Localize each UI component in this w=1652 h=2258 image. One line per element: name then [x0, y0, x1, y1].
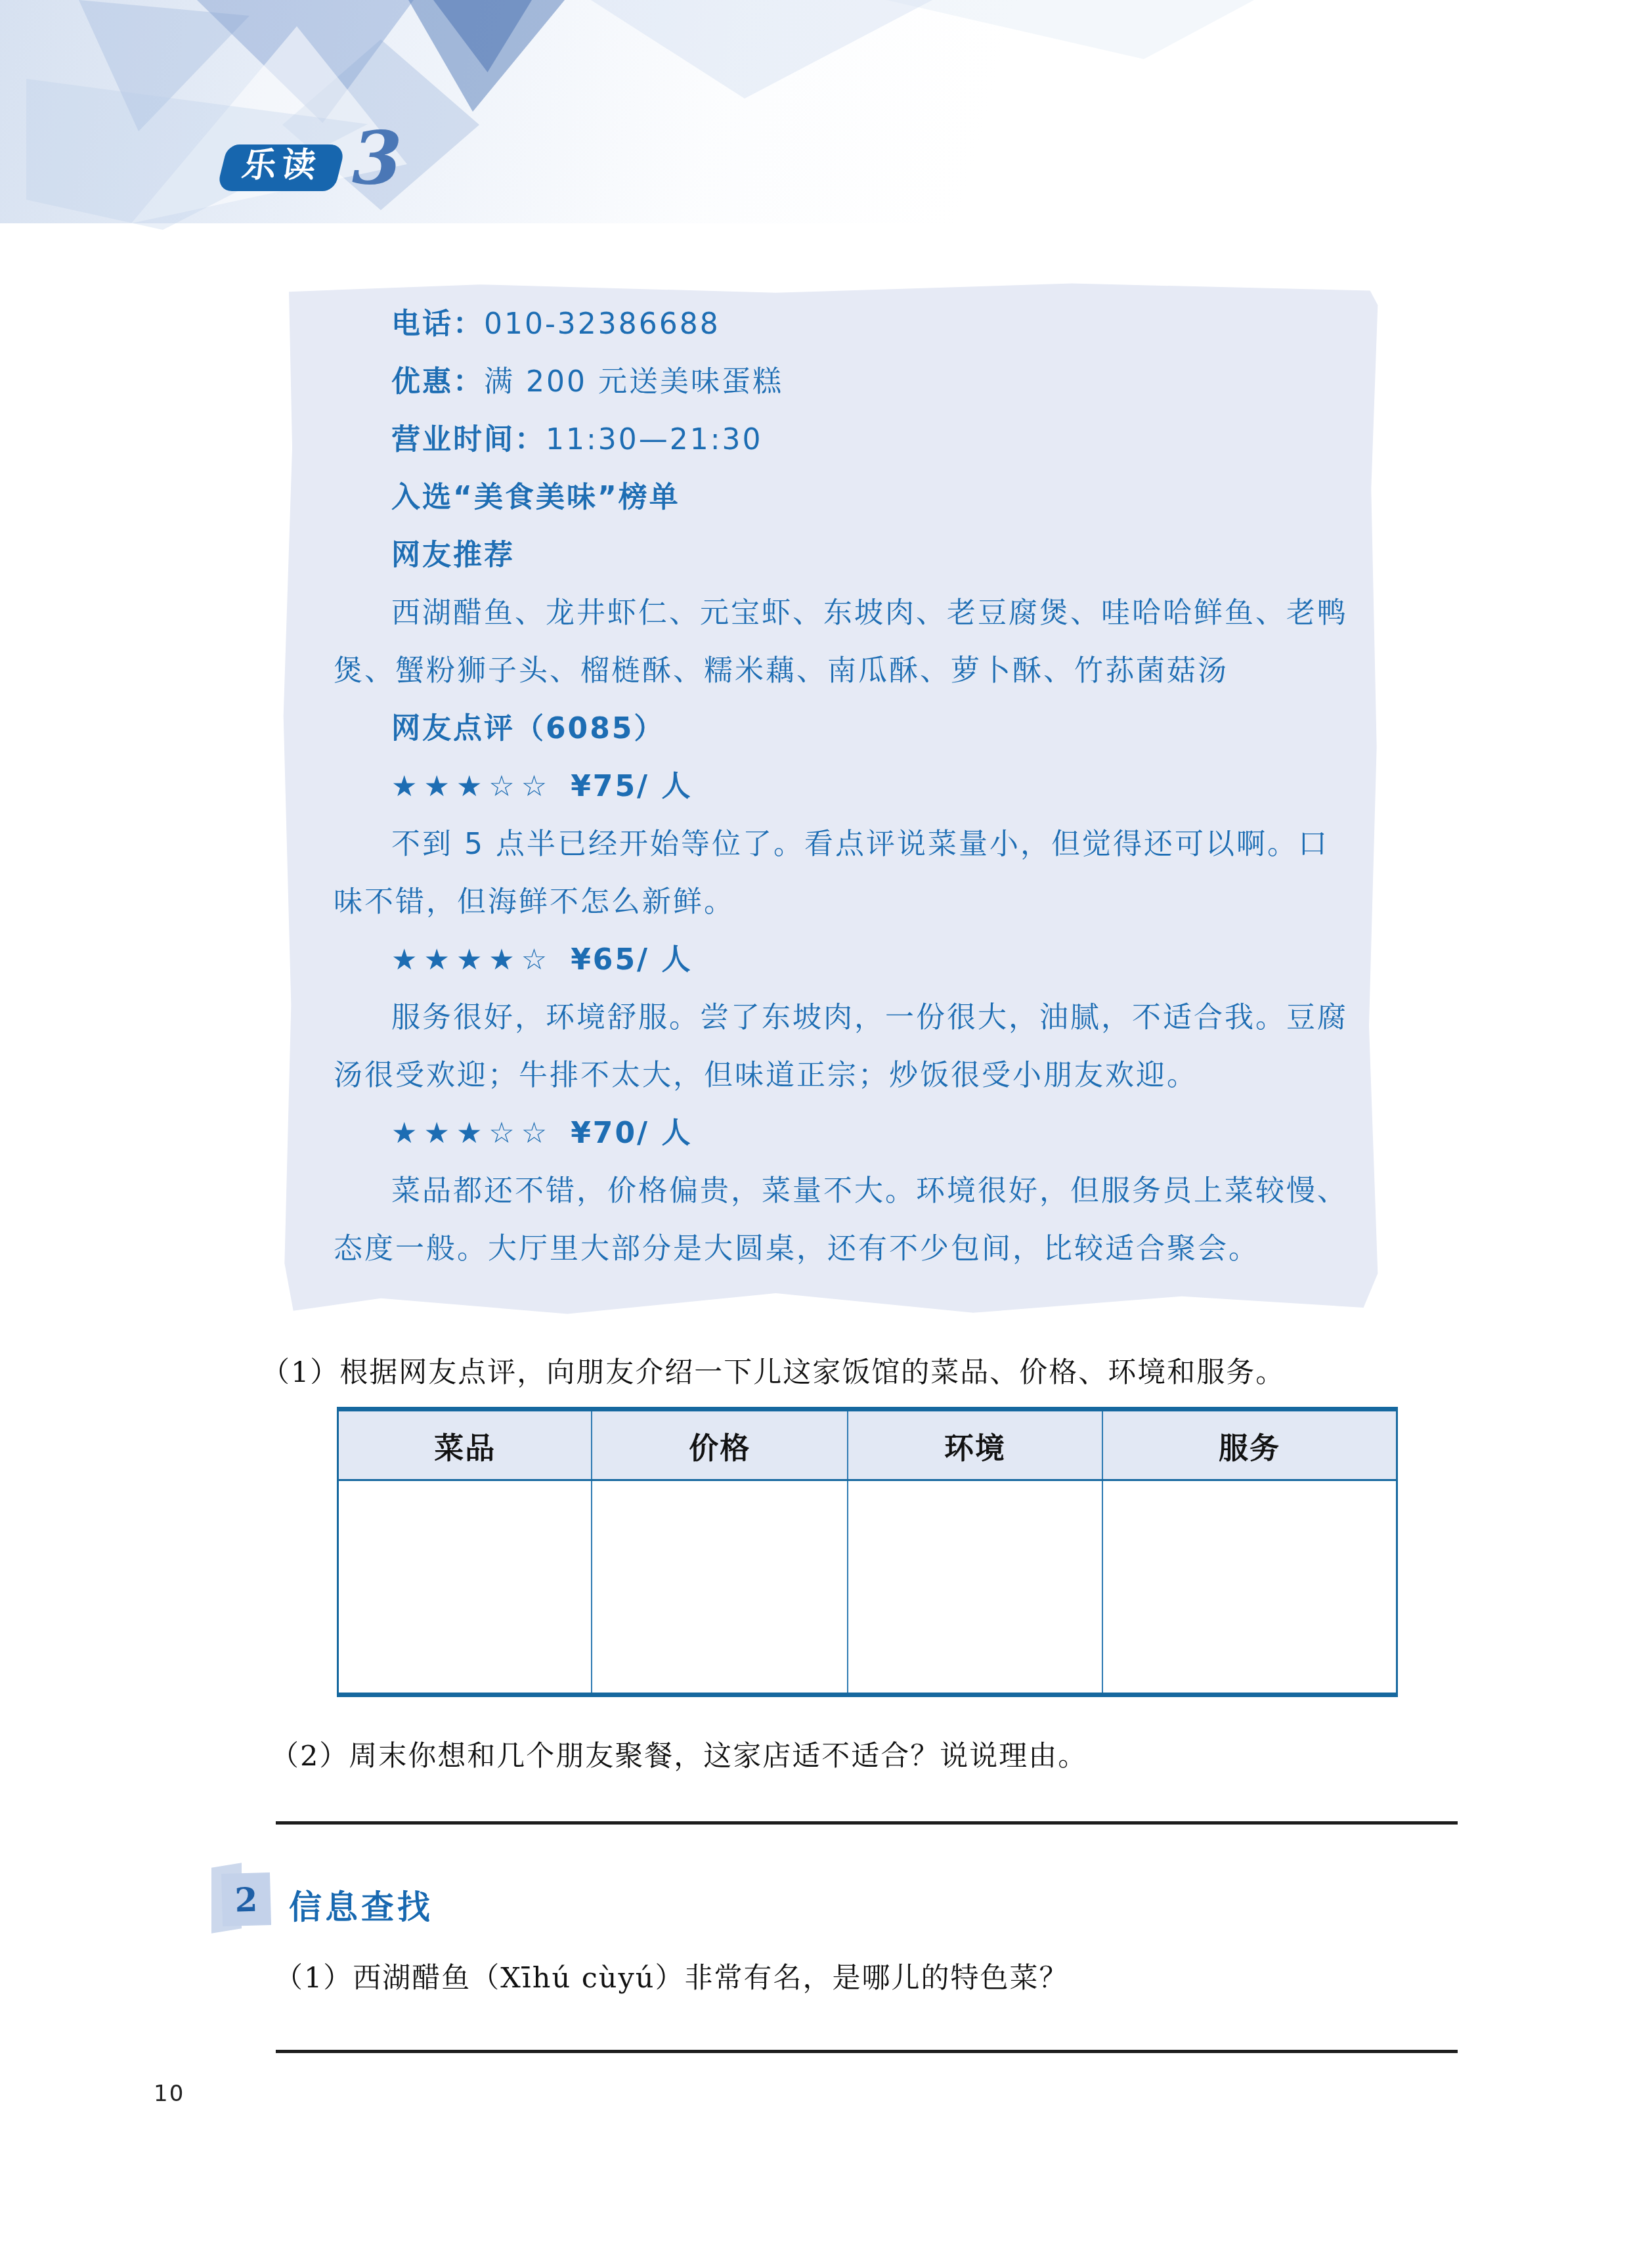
recommend-header: 网友推荐 — [334, 527, 1353, 585]
answer-line — [276, 2050, 1458, 2053]
table-header-row: 菜品 价格 环境 服务 — [339, 1411, 1396, 1481]
question-2: （2）周末你想和几个朋友聚餐，这家店适不适合？说说理由。 — [271, 1734, 1087, 1774]
section-title: 信息查找 — [289, 1881, 433, 1928]
review-text: 不到 5 点半已经开始等位了。看点评说菜量小，但觉得还可以啊。口味不错，但海鲜不… — [334, 816, 1353, 931]
logo-text: 乐读 — [240, 147, 323, 185]
reviews-header: 网友点评（6085） — [334, 700, 1353, 758]
review-item: ★★★★☆¥65/ 人 服务很好，环境舒服。尝了东坡肉，一份很大，油腻，不适合我… — [334, 931, 1353, 1105]
phone-value: 010-32386688 — [484, 307, 720, 341]
section2-question-1: （1）西湖醋鱼（Xīhú cùyú）非常有名，是哪儿的特色菜？ — [274, 1956, 1069, 1996]
table-cell-empty — [339, 1481, 592, 1693]
price-per-person: ¥65/ 人 — [571, 943, 692, 977]
review-item: ★★★☆☆¥75/ 人 不到 5 点半已经开始等位了。看点评说菜量小，但觉得还可… — [334, 758, 1353, 931]
award-line: 入选“美食美味”榜单 — [334, 469, 1353, 527]
textbook-page: 乐读 3 电话：010-32386688 优惠：满 200 元送美味蛋糕 营业时… — [0, 0, 1652, 2258]
table-header-cell: 环境 — [848, 1411, 1103, 1479]
review-rating-line: ★★★☆☆¥75/ 人 — [334, 758, 1353, 816]
ledu-logo: 乐读 3 — [222, 144, 340, 197]
question-1: （1）根据网友点评，向朋友介绍一下儿这家饭馆的菜品、价格、环境和服务。 — [261, 1350, 1285, 1390]
deal-line: 优惠：满 200 元送美味蛋糕 — [334, 353, 1353, 411]
answer-line — [276, 1821, 1458, 1825]
badge-front: 2 — [221, 1872, 271, 1926]
section-number-badge: 2 — [218, 1873, 277, 1930]
summary-table: 菜品 价格 环境 服务 — [337, 1407, 1398, 1697]
question-number: （1） — [261, 1356, 339, 1389]
review-item: ★★★☆☆¥70/ 人 菜品都还不错，价格偏贵，菜量不大。环境很好，但服务员上菜… — [334, 1105, 1353, 1278]
deal-value: 满 200 元送美味蛋糕 — [484, 365, 783, 399]
hours-line: 营业时间：11:30—21:30 — [334, 411, 1353, 469]
price-per-person: ¥75/ 人 — [571, 770, 692, 803]
stars-rating: ★★★☆☆ — [391, 770, 554, 803]
stars-rating: ★★★☆☆ — [391, 1117, 554, 1150]
hours-value: 11:30—21:30 — [546, 423, 763, 456]
review-text: 服务很好，环境舒服。尝了东坡肉，一份很大，油腻，不适合我。豆腐汤很受欢迎；牛排不… — [334, 989, 1353, 1105]
question-text: 西湖醋鱼（Xīhú cùyú）非常有名，是哪儿的特色菜？ — [353, 1962, 1068, 1995]
logo-number: 3 — [352, 122, 402, 194]
stars-rating: ★★★★☆ — [391, 943, 554, 977]
review-rating-line: ★★★★☆¥65/ 人 — [334, 931, 1353, 989]
table-cell-empty — [1103, 1481, 1396, 1693]
review-text: 菜品都还不错，价格偏贵，菜量不大。环境很好，但服务员上菜较慢、态度一般。大厅里大… — [334, 1162, 1353, 1278]
table-cell-empty — [592, 1481, 848, 1693]
price-per-person: ¥70/ 人 — [571, 1117, 692, 1150]
table-header-cell: 菜品 — [339, 1411, 592, 1479]
question-text: 周末你想和几个朋友聚餐，这家店适不适合？说说理由。 — [349, 1740, 1087, 1773]
table-header-cell: 服务 — [1103, 1411, 1396, 1479]
table-body-row — [339, 1481, 1396, 1693]
phone-label: 电话： — [391, 307, 484, 341]
question-number: （2） — [271, 1740, 349, 1773]
dishes-list: 西湖醋鱼、龙井虾仁、元宝虾、东坡肉、老豆腐煲、哇哈哈鲜鱼、老鸭煲、蟹粉狮子头、榴… — [334, 585, 1353, 700]
restaurant-info-card: 电话：010-32386688 优惠：满 200 元送美味蛋糕 营业时间：11:… — [282, 282, 1379, 1315]
phone-line: 电话：010-32386688 — [334, 296, 1353, 353]
table-header-cell: 价格 — [592, 1411, 848, 1479]
deal-label: 优惠： — [391, 365, 484, 399]
section-number: 2 — [234, 1880, 258, 1919]
question-number: （1） — [274, 1962, 353, 1995]
page-number: 10 — [154, 2081, 185, 2107]
question-text: 根据网友点评，向朋友介绍一下儿这家饭馆的菜品、价格、环境和服务。 — [339, 1356, 1285, 1389]
hours-label: 营业时间： — [391, 423, 546, 456]
logo-plate: 乐读 — [216, 144, 346, 191]
review-rating-line: ★★★☆☆¥70/ 人 — [334, 1105, 1353, 1162]
table-cell-empty — [848, 1481, 1103, 1693]
header-decoration — [0, 0, 1652, 243]
